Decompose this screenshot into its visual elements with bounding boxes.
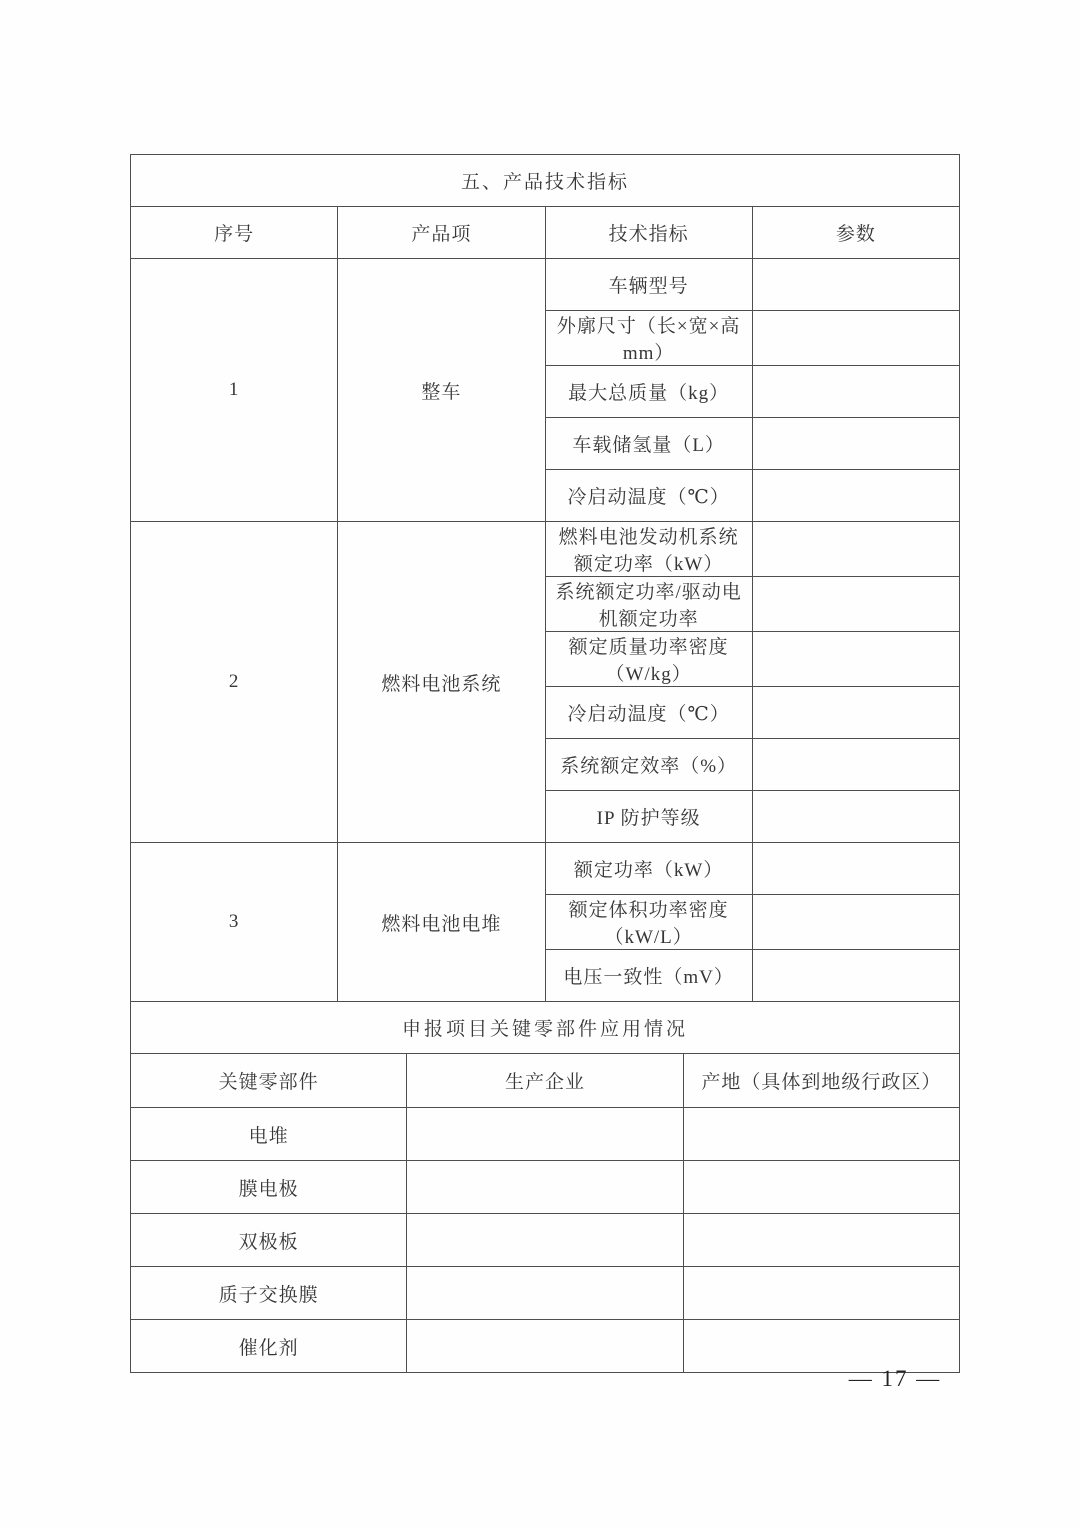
components-section-title: 申报项目关键零部件应用情况 — [131, 1002, 960, 1054]
section-product: 燃料电池系统 — [338, 522, 545, 843]
component-row: 电堆 — [131, 1108, 960, 1161]
table-header-row: 序号 产品项 技术指标 参数 — [131, 207, 960, 259]
parameter-cell — [752, 470, 959, 522]
indicator-cell: 电压一致性（mV） — [545, 950, 752, 1002]
component-row: 质子交换膜 — [131, 1267, 960, 1320]
component-row: 膜电极 — [131, 1161, 960, 1214]
table-title: 五、产品技术指标 — [131, 155, 960, 207]
manufacturer-cell — [407, 1320, 683, 1373]
manufacturer-cell — [407, 1161, 683, 1214]
indicator-cell: 额定质量功率密度（W/kg） — [545, 632, 752, 687]
origin-cell — [683, 1267, 959, 1320]
indicator-cell: 燃料电池发动机系统额定功率（kW） — [545, 522, 752, 577]
header-manufacturer: 生产企业 — [407, 1054, 683, 1108]
parameter-cell — [752, 311, 959, 366]
indicator-cell: 车辆型号 — [545, 259, 752, 311]
indicator-cell: 额定体积功率密度（kW/L） — [545, 895, 752, 950]
components-title-row: 申报项目关键零部件应用情况 — [131, 1002, 960, 1054]
component-row: 催化剂 — [131, 1320, 960, 1373]
header-product: 产品项 — [338, 207, 545, 259]
indicator-cell: 系统额定效率（%） — [545, 739, 752, 791]
origin-cell — [683, 1214, 959, 1267]
origin-cell — [683, 1161, 959, 1214]
parameter-cell — [752, 791, 959, 843]
indicator-cell: 冷启动温度（℃） — [545, 470, 752, 522]
indicator-cell: 外廓尺寸（长×宽×高 mm） — [545, 311, 752, 366]
component-name: 电堆 — [131, 1108, 407, 1161]
parameter-cell — [752, 259, 959, 311]
page-number: — 17 — — [825, 1366, 965, 1392]
header-origin: 产地（具体到地级行政区） — [683, 1054, 959, 1108]
section-index: 1 — [131, 259, 338, 522]
table-title-row: 五、产品技术指标 — [131, 155, 960, 207]
parameter-cell — [752, 418, 959, 470]
indicator-row: 2 燃料电池系统 燃料电池发动机系统额定功率（kW） — [131, 522, 960, 577]
key-components-table: 申报项目关键零部件应用情况 关键零部件 生产企业 产地（具体到地级行政区） 电堆… — [130, 1001, 960, 1373]
parameter-cell — [752, 687, 959, 739]
component-name: 双极板 — [131, 1214, 407, 1267]
parameter-cell — [752, 366, 959, 418]
section-index: 2 — [131, 522, 338, 843]
components-header-row: 关键零部件 生产企业 产地（具体到地级行政区） — [131, 1054, 960, 1108]
header-parameter: 参数 — [752, 207, 959, 259]
manufacturer-cell — [407, 1267, 683, 1320]
parameter-cell — [752, 632, 959, 687]
section-product: 整车 — [338, 259, 545, 522]
component-row: 双极板 — [131, 1214, 960, 1267]
section-index: 3 — [131, 843, 338, 1002]
indicator-cell: IP 防护等级 — [545, 791, 752, 843]
indicator-cell: 车载储氢量（L） — [545, 418, 752, 470]
header-index: 序号 — [131, 207, 338, 259]
component-name: 催化剂 — [131, 1320, 407, 1373]
header-indicator: 技术指标 — [545, 207, 752, 259]
indicator-cell: 冷启动温度（℃） — [545, 687, 752, 739]
indicator-cell: 额定功率（kW） — [545, 843, 752, 895]
header-component: 关键零部件 — [131, 1054, 407, 1108]
component-name: 膜电极 — [131, 1161, 407, 1214]
parameter-cell — [752, 739, 959, 791]
parameter-cell — [752, 577, 959, 632]
parameter-cell — [752, 895, 959, 950]
product-spec-table: 五、产品技术指标 序号 产品项 技术指标 参数 1 整车 车辆型号 外廓尺寸（长… — [130, 154, 960, 1002]
parameter-cell — [752, 950, 959, 1002]
component-name: 质子交换膜 — [131, 1267, 407, 1320]
indicator-cell: 最大总质量（kg） — [545, 366, 752, 418]
manufacturer-cell — [407, 1214, 683, 1267]
document-page: 五、产品技术指标 序号 产品项 技术指标 参数 1 整车 车辆型号 外廓尺寸（长… — [0, 0, 1080, 1527]
indicator-row: 3 燃料电池电堆 额定功率（kW） — [131, 843, 960, 895]
indicator-cell: 系统额定功率/驱动电机额定功率 — [545, 577, 752, 632]
tables-container: 五、产品技术指标 序号 产品项 技术指标 参数 1 整车 车辆型号 外廓尺寸（长… — [130, 154, 962, 1373]
parameter-cell — [752, 843, 959, 895]
parameter-cell — [752, 522, 959, 577]
section-product: 燃料电池电堆 — [338, 843, 545, 1002]
origin-cell — [683, 1320, 959, 1373]
manufacturer-cell — [407, 1108, 683, 1161]
indicator-row: 1 整车 车辆型号 — [131, 259, 960, 311]
origin-cell — [683, 1108, 959, 1161]
